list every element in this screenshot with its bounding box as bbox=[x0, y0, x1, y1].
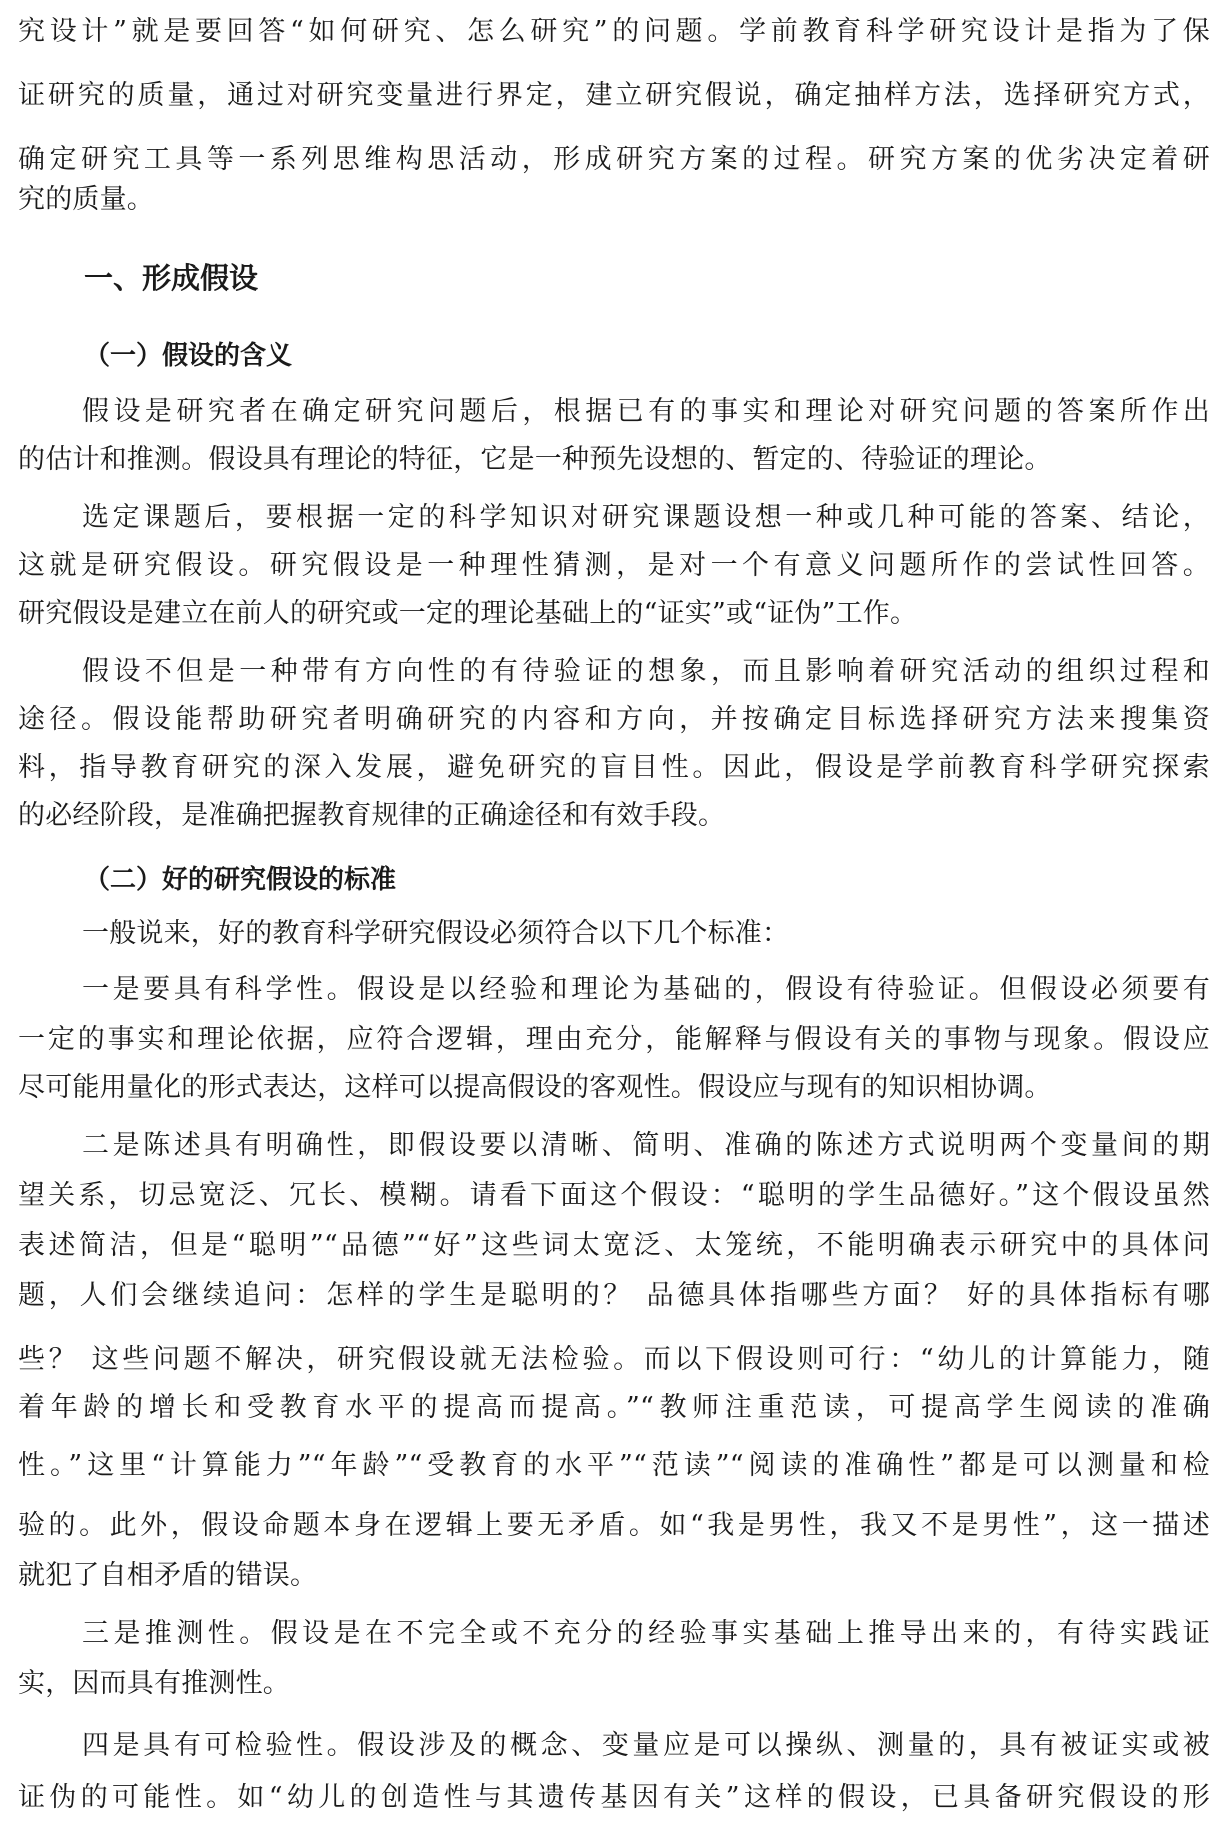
paragraph-line: 实，因而具有推测性。 bbox=[18, 1664, 290, 1704]
paragraph-line: 着年龄的增长和受教育水平的提高而提高。”“教师注重范读，可提高学生阅读的准确 bbox=[18, 1388, 1210, 1428]
paragraph-line: 假设不但是一种带有方向性的有待验证的想象，而且影响着研究活动的组织过程和 bbox=[82, 652, 1210, 692]
paragraph-line: 一般说来，好的教育科学研究假设必须符合以下几个标准： bbox=[82, 914, 789, 954]
paragraph-line: 三是推测性。假设是在不完全或不充分的经验事实基础上推导出来的，有待实践证 bbox=[82, 1614, 1210, 1654]
paragraph-line: 究的质量。 bbox=[18, 180, 154, 220]
subsection-heading: （一）假设的含义 bbox=[84, 336, 292, 376]
paragraph-line: 一是要具有科学性。假设是以经验和理论为基础的，假设有待验证。但假设必须要有 bbox=[82, 970, 1210, 1010]
paragraph-line: 选定课题后，要根据一定的科学知识对研究课题设想一种或几种可能的答案、结论， bbox=[82, 498, 1210, 538]
paragraph-line: 途径。假设能帮助研究者明确研究的内容和方向，并按确定目标选择研究方法来搜集资 bbox=[18, 700, 1210, 740]
paragraph-line: 题，人们会继续追问：怎样的学生是聪明的？ 品德具体指哪些方面？ 好的具体指标有哪 bbox=[18, 1276, 1210, 1316]
paragraph-line: 就犯了自相矛盾的错误。 bbox=[18, 1556, 317, 1596]
paragraph-line: 一定的事实和理论依据，应符合逻辑，理由充分，能解释与假设有关的事物与现象。假设应 bbox=[18, 1020, 1210, 1060]
paragraph-line: 表述简洁，但是“聪明”“品德”“好”这些词太宽泛、太笼统，不能明确表示研究中的具… bbox=[18, 1226, 1210, 1266]
subsection-heading: （二）好的研究假设的标准 bbox=[84, 860, 396, 900]
section-heading: 一、形成假设 bbox=[84, 258, 258, 298]
paragraph-line: 尽可能用量化的形式表达，这样可以提高假设的客观性。假设应与现有的知识相协调。 bbox=[18, 1068, 1052, 1108]
paragraph-line: 二是陈述具有明确性，即假设要以清晰、简明、准确的陈述方式说明两个变量间的期 bbox=[82, 1126, 1210, 1166]
paragraph-line: 确定研究工具等一系列思维构思活动，形成研究方案的过程。研究方案的优劣决定着研 bbox=[18, 140, 1210, 180]
paragraph-line: 望关系，切忌宽泛、冗长、模糊。请看下面这个假设：“聪明的学生品德好。”这个假设虽… bbox=[18, 1176, 1210, 1216]
paragraph-line: 这就是研究假设。研究假设是一种理性猜测，是对一个有意义问题所作的尝试性回答。 bbox=[18, 546, 1210, 586]
paragraph-line: 假设是研究者在确定研究问题后，根据已有的事实和理论对研究问题的答案所作出 bbox=[82, 392, 1210, 432]
paragraph-line: 四是具有可检验性。假设涉及的概念、变量应是可以操纵、测量的，具有被证实或被 bbox=[82, 1726, 1210, 1766]
paragraph-line: 研究假设是建立在前人的研究或一定的理论基础上的“证实”或“证伪”工作。 bbox=[18, 594, 917, 634]
paragraph-line: 证伪的可能性。如“幼儿的创造性与其遗传基因有关”这样的假设，已具备研究假设的形 bbox=[18, 1778, 1210, 1818]
document-page: 究设计”就是要回答“如何研究、怎么研究”的问题。学前教育科学研究设计是指为了保 … bbox=[0, 0, 1222, 1828]
paragraph-line: 的估计和推测。假设具有理论的特征，它是一种预先设想的、暂定的、待验证的理论。 bbox=[18, 440, 1052, 480]
paragraph-line: 的必经阶段，是准确把握教育规律的正确途径和有效手段。 bbox=[18, 796, 725, 836]
paragraph-line: 证研究的质量，通过对研究变量进行界定，建立研究假说，确定抽样方法，选择研究方式， bbox=[18, 76, 1210, 116]
paragraph-line: 性。”这里“计算能力”“年龄”“受教育的水平”“范读”“阅读的准确性”都是可以测… bbox=[18, 1446, 1210, 1486]
paragraph-line: 料，指导教育研究的深入发展，避免研究的盲目性。因此，假设是学前教育科学研究探索 bbox=[18, 748, 1210, 788]
paragraph-line: 验的。此外，假设命题本身在逻辑上要无矛盾。如“我是男性，我又不是男性”，这一描述 bbox=[18, 1506, 1210, 1546]
paragraph-line: 究设计”就是要回答“如何研究、怎么研究”的问题。学前教育科学研究设计是指为了保 bbox=[18, 12, 1210, 52]
paragraph-line: 些？ 这些问题不解决，研究假设就无法检验。而以下假设则可行：“幼儿的计算能力，随 bbox=[18, 1340, 1210, 1380]
